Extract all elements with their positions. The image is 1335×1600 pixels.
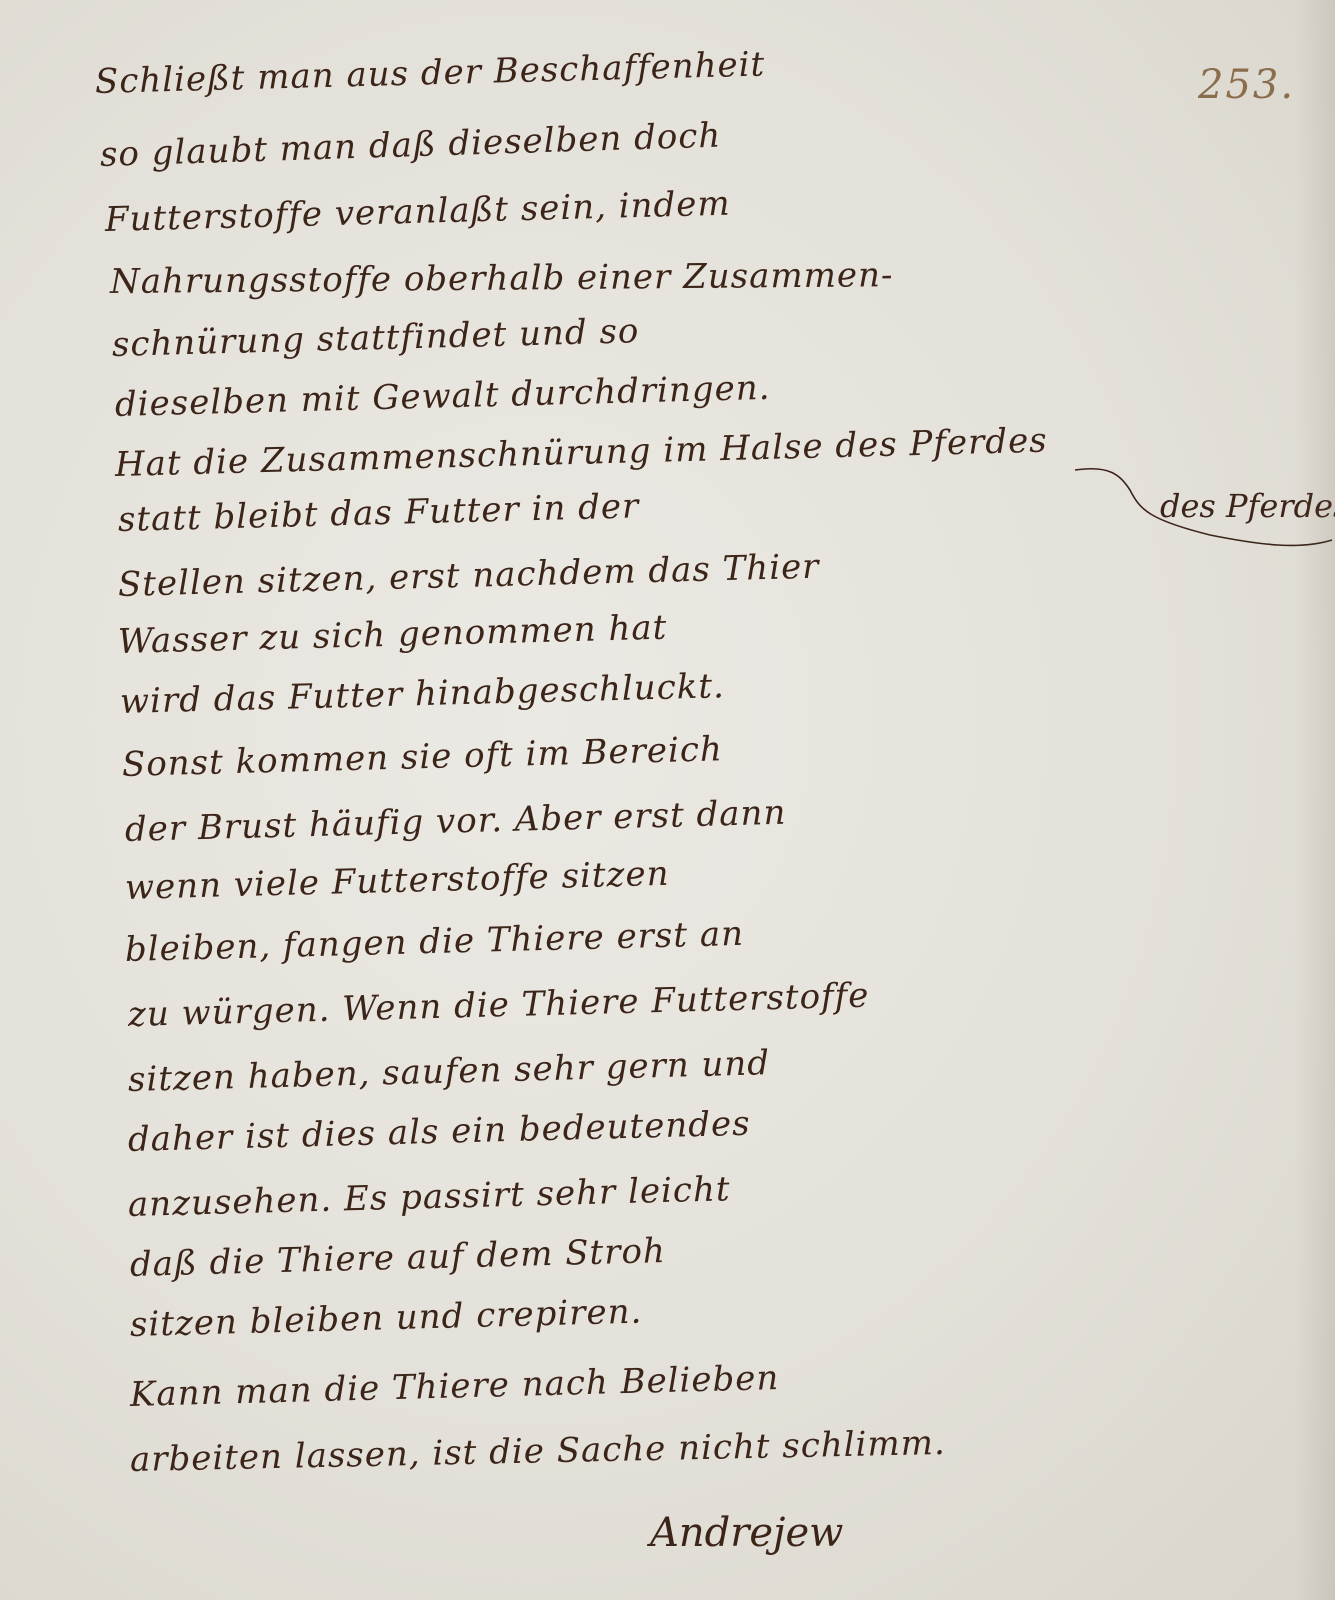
margin-insert-text: des Pferdes [1160,487,1335,525]
text-line-1: Schließt man aus der Beschaffenheit [94,44,765,102]
text-line-12: Sonst kommen sie oft im Bereich [121,729,723,785]
text-line-14: wenn viele Futterstoffe sitzen [124,854,669,908]
manuscript-page: 253. Schließt man aus der Beschaffenheit… [0,0,1335,1600]
text-line-18: daher ist dies als ein bedeutendes [127,1104,751,1160]
text-line-10: Wasser zu sich genommen hat [117,608,667,662]
margin-insertion: des Pferdes [1070,465,1335,565]
text-line-15: bleiben, fangen die Thiere erst an [124,914,744,970]
text-line-9: Stellen sitzen, erst nachdem das Thier [117,547,819,605]
text-line-2: so glaubt man daß dieselben doch [99,115,721,175]
author-signature: Andrejew [650,1510,843,1556]
text-line-11: wird das Futter hinabgeschluckt. [119,666,725,722]
text-line-7: Hat die Zusammenschnürung im Halse des P… [114,421,1048,485]
text-line-4: Nahrungsstoffe oberhalb einer Zusammen- [110,255,894,302]
text-line-16: zu würgen. Wenn die Thiere Futterstoffe [127,976,869,1035]
text-line-3: Futterstoffe veranlaßt sein, indem [104,184,731,240]
text-line-5: schnürung stattfindet und so [111,311,639,365]
text-line-21: sitzen bleiben und crepiren. [129,1292,642,1345]
text-line-23: arbeiten lassen, ist die Sache nicht sch… [130,1423,947,1480]
text-line-8: statt bleibt das Futter in der [117,486,639,540]
text-line-20: daß die Thiere auf dem Stroh [129,1231,666,1285]
text-line-19: anzusehen. Es passirt sehr leicht [127,1169,731,1225]
text-line-13: der Brust häufig vor. Aber erst dann [124,793,786,850]
text-line-17: sitzen haben, saufen sehr gern und [127,1043,770,1100]
text-line-22: Kann man die Thiere nach Belieben [129,1358,779,1415]
text-line-6: dieselben mit Gewalt durchdringen. [114,368,770,425]
handwritten-text-body: Schließt man aus der Beschaffenheit so g… [0,0,1335,1600]
